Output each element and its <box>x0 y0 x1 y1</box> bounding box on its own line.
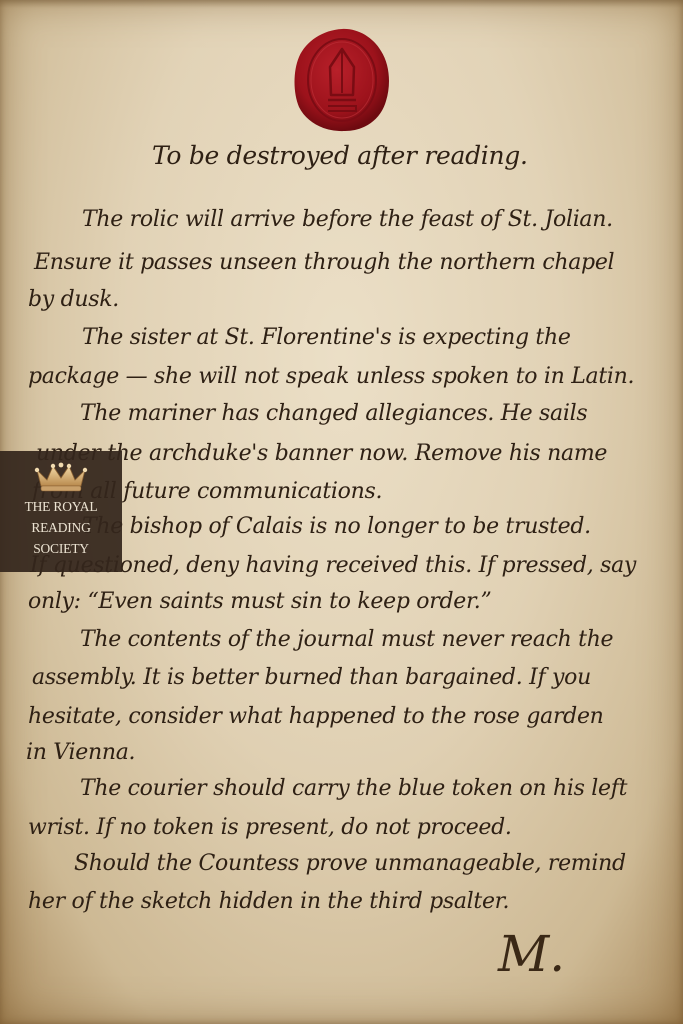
badge-title-line: SOCIETY <box>25 538 98 559</box>
signature: M. <box>498 925 565 983</box>
mitre-wax-seal-icon <box>293 27 391 133</box>
letter-page: To be destroyed after reading. The rolic… <box>0 0 683 1024</box>
letter-line: wrist. If no token is present, do not pr… <box>28 815 512 840</box>
badge-title-line: READING <box>25 517 98 538</box>
letter-line: only: “Even saints must sin to keep orde… <box>28 589 491 614</box>
letter-line: package — she will not speak unless spok… <box>28 364 634 389</box>
letter-line: The courier should carry the blue token … <box>80 776 627 801</box>
paper-edge-stain <box>0 0 683 8</box>
badge-title-line: THE ROYAL <box>25 496 98 517</box>
letter-line: in Vienna. <box>26 740 135 765</box>
letter-line: The bishop of Calais is no longer to be … <box>82 514 591 539</box>
letter-line: assembly. It is better burned than barga… <box>32 665 591 690</box>
letter-line: hesitate, consider what happened to the … <box>28 704 604 729</box>
letter-line: her of the sketch hidden in the third ps… <box>28 889 509 914</box>
letter-line: The rolic will arrive before the feast o… <box>82 207 613 232</box>
letter-line: by dusk. <box>28 287 119 312</box>
letter-line: Ensure it passes unseen through the nort… <box>34 250 614 275</box>
badge-title: THE ROYAL READING SOCIETY <box>25 496 98 559</box>
letter-line: The sister at St. Florentine's is expect… <box>82 325 571 350</box>
royal-reading-society-badge: THE ROYAL READING SOCIETY <box>0 451 122 572</box>
letter-line: The contents of the journal must never r… <box>80 627 613 652</box>
letter-heading: To be destroyed after reading. <box>152 141 528 170</box>
crown-icon <box>33 462 89 494</box>
letter-line: The mariner has changed allegiances. He … <box>80 401 587 426</box>
letter-line: Should the Countess prove unmanageable, … <box>74 851 626 876</box>
